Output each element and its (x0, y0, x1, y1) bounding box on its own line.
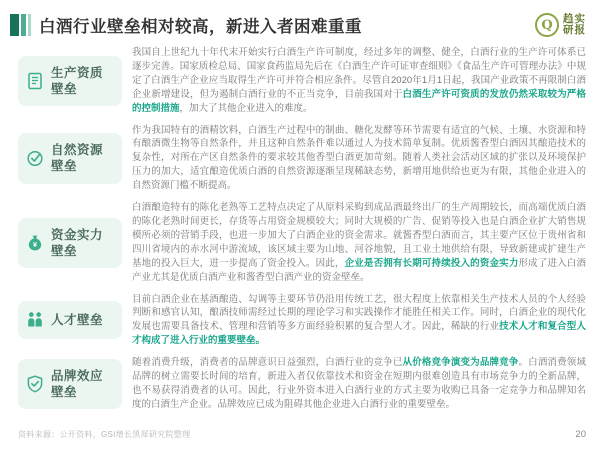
barrier-label: 资金实力壁垒 (51, 227, 115, 260)
barrier-label: 品牌效应壁垒 (51, 368, 115, 401)
brand-logo: Q 趋实 研报 (535, 13, 586, 37)
section-natural-resources: 自然资源壁垒 作为我国特有的酒精饮料，白酒生产过程中的制曲、糖化发酵等环节需要有… (18, 124, 586, 194)
barrier-label: 人才壁垒 (51, 312, 103, 328)
barrier-pill-talent: 人才壁垒 (18, 301, 122, 339)
barrier-pill-production: 生产资质壁垒 (18, 56, 122, 107)
page-number: 20 (575, 429, 586, 440)
barrier-paragraph: 目前白酒企业在基酒酿造、勾调等主要环节仍沿用传统工艺，很大程度上依靠相关生产技术… (132, 293, 586, 349)
barrier-paragraph: 作为我国特有的酒精饮料，白酒生产过程中的制曲、糖化发酵等环节需要有适宜的气候、土… (132, 124, 586, 194)
shield-check-icon (25, 374, 45, 394)
footer: 资料来源：公开资料，GSI增长黑犀研究院整理 20 (18, 429, 586, 440)
certificate-icon (25, 71, 45, 91)
source-note: 资料来源：公开资料，GSI增长黑犀研究院整理 (18, 429, 190, 440)
page-title: 白酒行业壁垒相对较高，新进入者困难重重 (39, 13, 535, 37)
barrier-label: 自然资源壁垒 (51, 142, 115, 175)
check-circle-icon (25, 148, 45, 168)
brand-logo-icon: Q (535, 13, 559, 37)
title-accent-bars (10, 14, 31, 36)
people-icon (25, 310, 45, 330)
brand-name-line2: 研报 (563, 25, 586, 36)
section-talent: 人才壁垒 目前白酒企业在基酒酿造、勾调等主要环节仍沿用传统工艺，很大程度上依靠相… (18, 293, 586, 349)
brand-logo-text: 趋实 研报 (563, 14, 586, 36)
barrier-paragraph: 随着消费升级，消费者的品牌意识日益强烈，白酒行业的竞争已从价格竞争演变为品牌竞争… (132, 356, 586, 412)
barrier-pill-brand: 品牌效应壁垒 (18, 359, 122, 410)
barrier-label: 生产资质壁垒 (51, 65, 115, 98)
section-capital-strength: ¥ 资金实力壁垒 白酒酿造特有的陈化老熟等工艺特点决定了从原料采购到成品酒最终出… (18, 201, 586, 284)
money-bag-icon: ¥ (25, 233, 45, 253)
report-slide: 白酒行业壁垒相对较高，新进入者困难重重 Q 趋实 研报 生产资质壁垒 (0, 0, 600, 450)
header: 白酒行业壁垒相对较高，新进入者困难重重 Q 趋实 研报 (0, 0, 600, 42)
content-area: 生产资质壁垒 我国自上世纪九十年代末开始实行白酒生产许可制度，经过多年的调整、健… (0, 42, 600, 412)
barrier-paragraph: 白酒酿造特有的陈化老熟等工艺特点决定了从原料采购到成品酒最终出厂的生产周期较长，… (132, 201, 586, 284)
section-production-qualification: 生产资质壁垒 我国自上世纪九十年代末开始实行白酒生产许可制度，经过多年的调整、健… (18, 46, 586, 116)
section-brand-effect: 品牌效应壁垒 随着消费升级，消费者的品牌意识日益强烈，白酒行业的竞争已从价格竞争… (18, 356, 586, 412)
barrier-paragraph: 我国自上世纪九十年代末开始实行白酒生产许可制度，经过多年的调整、健全，白酒行业的… (132, 46, 586, 116)
barrier-pill-natural: 自然资源壁垒 (18, 133, 122, 184)
brand-logo-glyph: Q (541, 18, 552, 33)
barrier-pill-capital: ¥ 资金实力壁垒 (18, 218, 122, 269)
